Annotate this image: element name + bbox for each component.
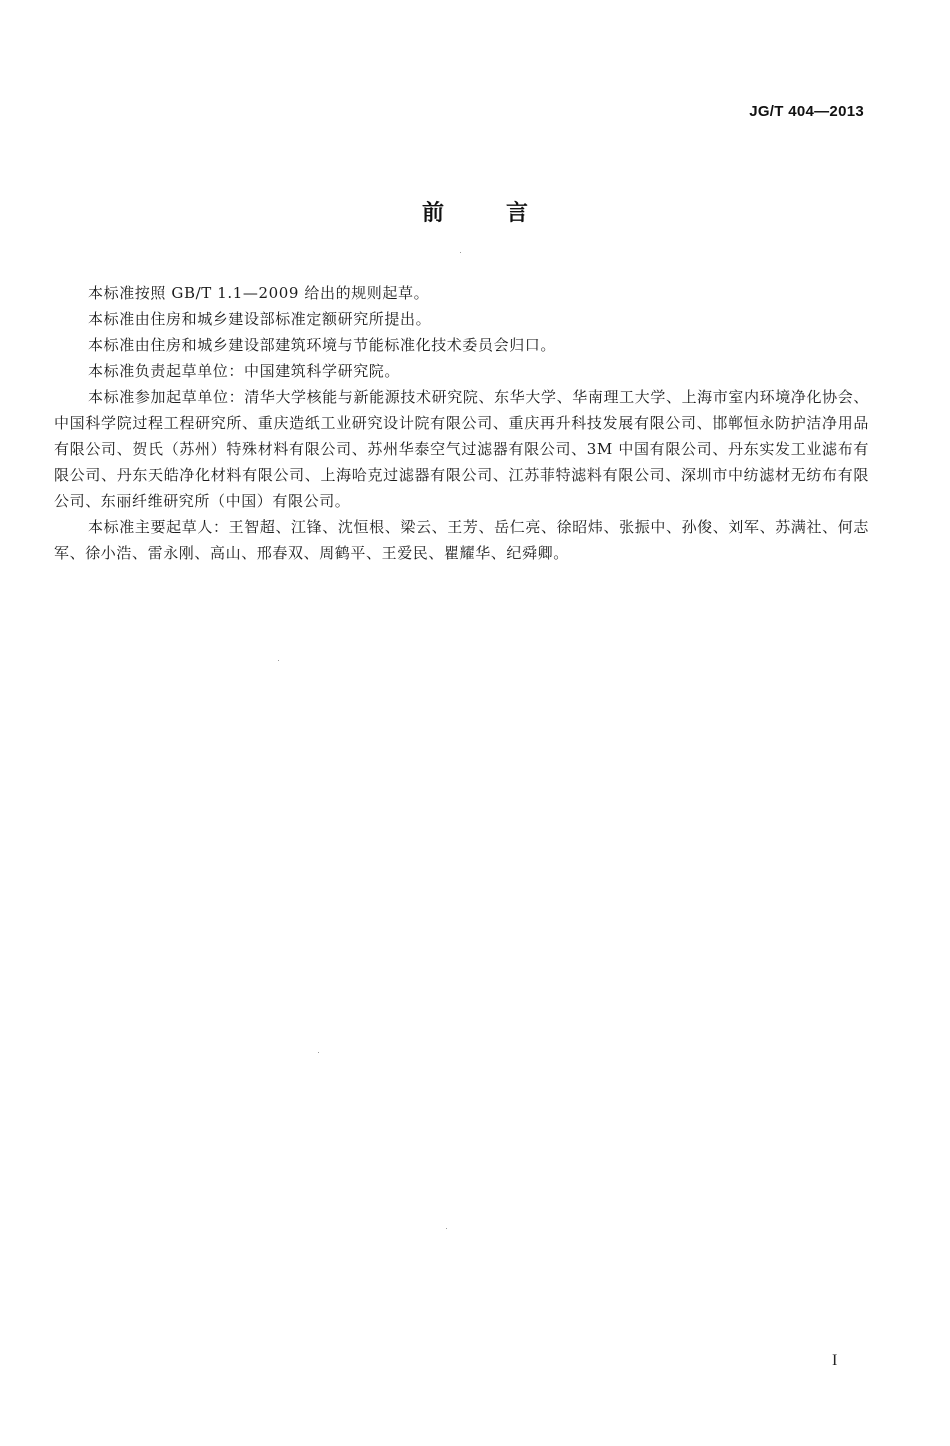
page-title-char-1: 前 [422,196,444,227]
foreword-body: 本标准按照 GB/T 1.1—2009 给出的规则起草。 本标准由住房和城乡建设… [54,280,869,566]
page-title-char-2: 言 [506,196,528,227]
paragraph-administrator: 本标准由住房和城乡建设部建筑环境与节能标准化技术委员会归口。 [54,332,869,358]
paragraph-lead-drafter: 本标准负责起草单位：中国建筑科学研究院。 [54,358,869,384]
page-title: 前言 [0,196,950,227]
paragraph-participating-units: 本标准参加起草单位：清华大学核能与新能源技术研究院、东华大学、华南理工大学、上海… [54,384,869,514]
scan-speck [318,1052,319,1053]
paragraph-proposer: 本标准由住房和城乡建设部标准定额研究所提出。 [54,306,869,332]
paragraph-drafting-rules: 本标准按照 GB/T 1.1—2009 给出的规则起草。 [54,280,869,306]
paragraph-main-drafters: 本标准主要起草人：王智超、江锋、沈恒根、梁云、王芳、岳仁亮、徐昭炜、张振中、孙俊… [54,514,869,566]
standard-code: JG/T 404—2013 [749,103,864,120]
scan-speck [278,660,279,661]
scan-speck [446,1228,447,1229]
page-number: I [832,1352,837,1370]
scan-speck [460,252,461,253]
